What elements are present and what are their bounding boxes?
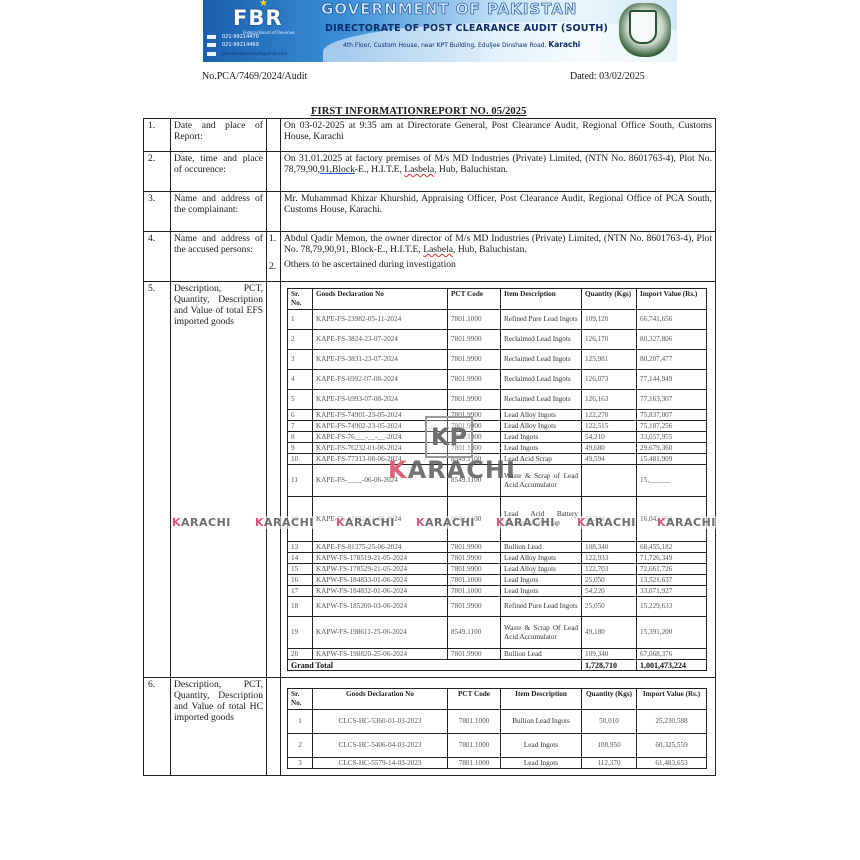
import-value: 66,741,656 <box>637 310 707 330</box>
efs-table-row: 4KAPE-FS-6992-07-08-20247801.9900Reclaim… <box>288 370 707 390</box>
sr-no: 19 <box>288 617 313 649</box>
col-header: Goods Declaration No <box>313 689 448 710</box>
section-row: 6. Description, PCT, Quantity, Descripti… <box>144 678 716 776</box>
section-label: Date and place of Report: <box>171 119 267 152</box>
sr-no: 5 <box>288 390 313 410</box>
section-number: 5. <box>144 282 171 678</box>
sr-no: 18 <box>288 597 313 617</box>
accused-person-2: Others to be ascertained during investig… <box>284 259 712 270</box>
item-description: Lead Alloy Ingots <box>501 553 582 564</box>
efs-table-row: 15KAPW-FS-178529-21-05-20247801.9900Lead… <box>288 564 707 575</box>
sr-no: 16 <box>288 575 313 586</box>
item-description: Reclaimed Lead Ingots <box>501 370 582 390</box>
efs-table-row: 7KAPE-FS-74902-23-05-20247801.9900Lead A… <box>288 421 707 432</box>
import-value: 15,391,200 <box>637 617 707 649</box>
goods-declaration-no: KAPE-FS-23982-05-11-2024 <box>313 310 448 330</box>
item-description: Lead Ingots <box>501 734 582 758</box>
col-header: Item Description <box>501 689 582 710</box>
import-value: 77,163,307 <box>637 390 707 410</box>
quantity-kgs: 126,073 <box>582 370 637 390</box>
col-header: Item Description <box>501 289 582 310</box>
efs-table-row: 14KAPW-FS-178519-21-05-20247801.9900Lead… <box>288 553 707 564</box>
col-header: Sr. No. <box>288 289 313 310</box>
efs-table-row: 6KAPE-FS-74901-23-05-20247801.9900Lead A… <box>288 410 707 421</box>
section-row: 3. Name and address of the complainant: … <box>144 192 716 232</box>
import-value: 25,230,588 <box>637 710 707 734</box>
sr-no: 4 <box>288 370 313 390</box>
goods-declaration-no: KAPE-FS-81375-25-06-2024 <box>313 542 448 553</box>
quantity-kgs: 112,370 <box>582 758 637 769</box>
item-description: Lead Ingots <box>501 586 582 597</box>
sr-no: 15 <box>288 564 313 575</box>
hc-header-row: Sr. No. Goods Declaration No PCT Code It… <box>288 689 707 710</box>
sr-no: 14 <box>288 553 313 564</box>
sr-no: 2 <box>288 330 313 350</box>
goods-declaration-no: KAPE-FS-3831-23-07-2024 <box>313 350 448 370</box>
grand-total-label: Grand Total <box>288 660 582 671</box>
pct-code: 7801.1000 <box>448 575 501 586</box>
pct-code: 8549.1100 <box>448 617 501 649</box>
item-description: Reclaimed Lead Ingots <box>501 390 582 410</box>
pct-code: 7801.1000 <box>448 310 501 330</box>
import-value: 77,144,949 <box>637 370 707 390</box>
quantity-kgs: 108,950 <box>582 734 637 758</box>
fbr-logo: FBR <box>233 6 283 30</box>
section-label: Name and address of the accused persons: <box>171 232 267 282</box>
import-value: 67,068,376 <box>637 649 707 660</box>
item-description: Lead Alloy Ingots <box>501 421 582 432</box>
hc-table-row: 3CLCS-HC-5579-14-03-20237801.1000Lead In… <box>288 758 707 769</box>
quantity-kgs: 126,163 <box>582 390 637 410</box>
sr-no: 3 <box>288 758 313 769</box>
col-header: Sr. No. <box>288 689 313 710</box>
goods-declaration-no: KAPW-FS-184832-01-06-2024 <box>313 586 448 597</box>
item-description: Reclaimed Lead Ingots <box>501 330 582 350</box>
karachi-watermark-small: KARACHI <box>255 516 314 529</box>
import-value: 80,207,477 <box>637 350 707 370</box>
goods-declaration-no: KAPW-FS-184833-01-06-2024 <box>313 575 448 586</box>
goods-declaration-no: KAPW-FS-198611-25-06-2024 <box>313 617 448 649</box>
item-description: Refined Pure Lead Ingots <box>501 310 582 330</box>
import-value: 33,057,955 <box>637 432 707 443</box>
import-value: 15,481,909 <box>637 454 707 465</box>
efs-table-row: 2KAPE-FS-3824-23-07-20247801.9900Reclaim… <box>288 330 707 350</box>
sr-no: 6 <box>288 410 313 421</box>
sr-no: 3 <box>288 350 313 370</box>
karachi-watermark: KARACHI <box>388 456 516 484</box>
quantity-kgs: 109,120 <box>582 310 637 330</box>
col-header: PCT Code <box>448 689 501 710</box>
import-value: 71,726,349 <box>637 553 707 564</box>
pct-code: 7801.9900 <box>448 542 501 553</box>
hc-goods-table: Sr. No. Goods Declaration No PCT Code It… <box>287 688 707 769</box>
item-description: Bullion Lead Ingots <box>501 710 582 734</box>
quantity-kgs: 50,010 <box>582 710 637 734</box>
efs-table-row: 9KAPE-FS-76232-01-06-20247801.1000Lead I… <box>288 443 707 454</box>
item-description: Lead Alloy Ingots <box>501 410 582 421</box>
pct-code: 7801.1000 <box>448 710 501 734</box>
sr-no: 20 <box>288 649 313 660</box>
efs-header-row: Sr. No. Goods Declaration No PCT Code It… <box>288 289 707 310</box>
goods-declaration-no: KAPW-FS-178519-21-05-2024 <box>313 553 448 564</box>
section-label: Date, time and place of occurence: <box>171 152 267 192</box>
pct-code: 7801.9900 <box>448 553 501 564</box>
efs-table-row: 17KAPW-FS-184832-01-06-20247801.1000Lead… <box>288 586 707 597</box>
pct-code: 7801.1000 <box>448 586 501 597</box>
quantity-kgs <box>582 465 637 497</box>
item-description: Lead Ingots <box>501 758 582 769</box>
goods-declaration-no: KAPW-FS-185200-03-06-2024 <box>313 597 448 617</box>
sr-no: 8 <box>288 432 313 443</box>
section-number: 4. <box>144 232 171 282</box>
col-header: Import Value (Rs.) <box>637 289 707 310</box>
grand-total-value: 1,001,473,224 <box>637 660 707 671</box>
efs-table-row: 8KAPE-FS-76___-__-__-20247801.1000Lead I… <box>288 432 707 443</box>
email-icon <box>207 52 216 56</box>
karachi-watermark-small: KARACHI <box>172 516 231 529</box>
directorate-title: DIRECTORATE OF POST CLEARANCE AUDIT (SOU… <box>325 23 608 34</box>
item-description: Lead Ingots <box>501 443 582 454</box>
section-value: Abdul Qadir Memon, the owner director of… <box>281 232 716 282</box>
efs-table-row: 1KAPE-FS-23982-05-11-20247801.1000Refine… <box>288 310 707 330</box>
goods-declaration-no: KAPE-FS-3824-23-07-2024 <box>313 330 448 350</box>
item-description: Lead Alloy Ingots <box>501 564 582 575</box>
import-value: 15,______ <box>637 465 707 497</box>
pct-code: 7801.9900 <box>448 390 501 410</box>
efs-table-row: 18KAPW-FS-185200-03-06-20247801.9900Refi… <box>288 597 707 617</box>
quantity-kgs: 49,680 <box>582 443 637 454</box>
pct-code: 7801.9900 <box>448 649 501 660</box>
quantity-kgs: 25,050 <box>582 597 637 617</box>
import-value: 29,679,360 <box>637 443 707 454</box>
goods-declaration-no: KAPE-FS-6992-07-08-2024 <box>313 370 448 390</box>
hc-table-row: 2CLCS-HC-5406-04-03-20237801.1000Lead In… <box>288 734 707 758</box>
import-value: 75,837,007 <box>637 410 707 421</box>
kp-watermark-logo: KP <box>425 416 473 458</box>
quantity-kgs: 49,180 <box>582 617 637 649</box>
quantity-kgs: 122,270 <box>582 410 637 421</box>
col-header: PCT Code <box>448 289 501 310</box>
col-header: Goods Declaration No <box>313 289 448 310</box>
accused-number: 2. <box>267 260 280 273</box>
import-value: 68,455,182 <box>637 542 707 553</box>
karachi-watermark-small: KARACHI <box>496 516 555 529</box>
sr-no: 2 <box>288 734 313 758</box>
section-row: 2. Date, time and place of occurence: On… <box>144 152 716 192</box>
section-number: 1. <box>144 119 171 152</box>
goods-declaration-no: KAPW-FS-178529-21-05-2024 <box>313 564 448 575</box>
pct-code: 7801.9900 <box>448 597 501 617</box>
col-header: Import Value (Rs.) <box>637 689 707 710</box>
import-value: 33,071,927 <box>637 586 707 597</box>
goods-declaration-no: CLCS-HC-5579-14-03-2023 <box>313 758 448 769</box>
section-number: 3. <box>144 192 171 232</box>
hc-table-body: 1CLCS-HC-5360-01-03-20237801.1000Bullion… <box>288 710 707 769</box>
hc-table-row: 1CLCS-HC-5360-01-03-20237801.1000Bullion… <box>288 710 707 734</box>
goods-declaration-no: KAPW-FS-198820-25-06-2024 <box>313 649 448 660</box>
section-row: 1. Date and place of Report: On 03-02-20… <box>144 119 716 152</box>
grand-total-row: Grand Total 1,728,710 1,001,473,224 <box>288 660 707 671</box>
import-value: 72,661,726 <box>637 564 707 575</box>
item-description: Lead Ingots <box>501 575 582 586</box>
efs-table-row: 20KAPW-FS-198820-25-06-20247801.9900Bull… <box>288 649 707 660</box>
sr-no: 10 <box>288 454 313 465</box>
karachi-watermark-small: KARACHI <box>416 516 475 529</box>
section-label: Description, PCT, Quantity, Description … <box>171 678 267 776</box>
phone-icon <box>207 35 216 39</box>
pct-code: 7801.9900 <box>448 350 501 370</box>
efs-table-row: 16KAPW-FS-184833-01-06-20247801.1000Lead… <box>288 575 707 586</box>
quantity-kgs: 54,210 <box>582 432 637 443</box>
goods-declaration-no: CLCS-HC-5360-01-03-2023 <box>313 710 448 734</box>
pct-code: 7801.1000 <box>448 734 501 758</box>
pct-code: 7801.9900 <box>448 370 501 390</box>
reference-number: No.PCA/7469/2024/Audit <box>202 71 307 82</box>
item-description: Bullion Lead <box>501 542 582 553</box>
import-value: 61,483,653 <box>637 758 707 769</box>
sr-no: 9 <box>288 443 313 454</box>
col-header: Quantity (Kgs) <box>582 689 637 710</box>
section-value: Mr. Muhammad Khizar Khurshid, Appraising… <box>281 192 716 232</box>
sr-no: 7 <box>288 421 313 432</box>
section-label: Name and address of the complainant: <box>171 192 267 232</box>
fax-icon <box>207 43 216 47</box>
karachi-watermark-small: KARACHI <box>657 516 716 529</box>
accused-person-1: Abdul Qadir Memon, the owner director of… <box>284 233 712 259</box>
karachi-watermark-small: KARACHI <box>336 516 395 529</box>
section-number: 6. <box>144 678 171 776</box>
section-label: Description, PCT, Quantity, Description … <box>171 282 267 678</box>
government-title: GOVERNMENT OF PAKISTAN <box>321 0 578 18</box>
letterhead-address: 4th Floor, Custom House, near KPT Buildi… <box>343 40 580 49</box>
efs-table-row: 3KAPE-FS-3831-23-07-20247801.9900Reclaim… <box>288 350 707 370</box>
quantity-kgs: 122,515 <box>582 421 637 432</box>
import-value: 75,187,256 <box>637 421 707 432</box>
accused-number: 1. <box>267 232 280 260</box>
pct-code: 7801.9900 <box>448 330 501 350</box>
karachi-watermark-small: KARACHI <box>577 516 636 529</box>
quantity-kgs: 125,981 <box>582 350 637 370</box>
efs-table-body: 1KAPE-FS-23982-05-11-20247801.1000Refine… <box>288 310 707 660</box>
quantity-kgs: 54,220 <box>582 586 637 597</box>
item-description: Bullion Lead <box>501 649 582 660</box>
import-value: 13,521,637 <box>637 575 707 586</box>
section-number: 2. <box>144 152 171 192</box>
quantity-kgs: 108,340 <box>582 542 637 553</box>
efs-table-row: 5KAPE-FS-6993-07-08-20247801.9900Reclaim… <box>288 390 707 410</box>
goods-declaration-no: CLCS-HC-5406-04-03-2023 <box>313 734 448 758</box>
quantity-kgs: 49,594 <box>582 454 637 465</box>
sr-no: 1 <box>288 310 313 330</box>
pct-code: 7801.9900 <box>448 564 501 575</box>
efs-table-row: 19KAPW-FS-198611-25-06-20248549.1100Wast… <box>288 617 707 649</box>
emblem-shield-icon <box>629 10 657 44</box>
section-row: 4. Name and address of the accused perso… <box>144 232 716 282</box>
efs-table-row: 13KAPE-FS-81375-25-06-20247801.9900Bulli… <box>288 542 707 553</box>
import-value: 15,229,633 <box>637 597 707 617</box>
col-header: Quantity (Kgs) <box>582 289 637 310</box>
item-description: Waste & Scrap Of Lead Acid Accumulator <box>501 617 582 649</box>
quantity-kgs: 109,340 <box>582 649 637 660</box>
grand-total-quantity: 1,728,710 <box>582 660 637 671</box>
item-description: Lead Ingots <box>501 432 582 443</box>
section-value: On 03-02-2025 at 9:35 am at Directorate … <box>281 119 716 152</box>
quantity-kgs: 122,933 <box>582 553 637 564</box>
quantity-kgs: 122,703 <box>582 564 637 575</box>
sr-no: 1 <box>288 710 313 734</box>
email: directoratepcasouth@gmail.com <box>207 51 287 56</box>
sr-no: 11 <box>288 465 313 497</box>
item-description: Reclaimed Lead Ingots <box>501 350 582 370</box>
goods-declaration-no: KAPE-FS-6993-07-08-2024 <box>313 390 448 410</box>
import-value: 60,325,559 <box>637 734 707 758</box>
sr-no: 17 <box>288 586 313 597</box>
letterhead-banner: ★ FBR Federal Board of Revenue 021-99214… <box>203 0 677 62</box>
pct-code: 7801.1000 <box>448 758 501 769</box>
reference-date: Dated: 03/02/2025 <box>570 71 645 82</box>
import-value: 80,327,806 <box>637 330 707 350</box>
quantity-kgs: 25,050 <box>582 575 637 586</box>
section-value: On 31.01.2025 at factory premises of M/s… <box>281 152 716 192</box>
report-title: FIRST INFORMATIONREPORT NO. 05/2025 <box>311 106 526 117</box>
item-description: Refined Pure Lead Ingots <box>501 597 582 617</box>
sr-no: 13 <box>288 542 313 553</box>
phone-2: 021-99214469 <box>207 42 259 48</box>
quantity-kgs: 126,170 <box>582 330 637 350</box>
phone-1: 021-99214470 <box>207 34 259 40</box>
